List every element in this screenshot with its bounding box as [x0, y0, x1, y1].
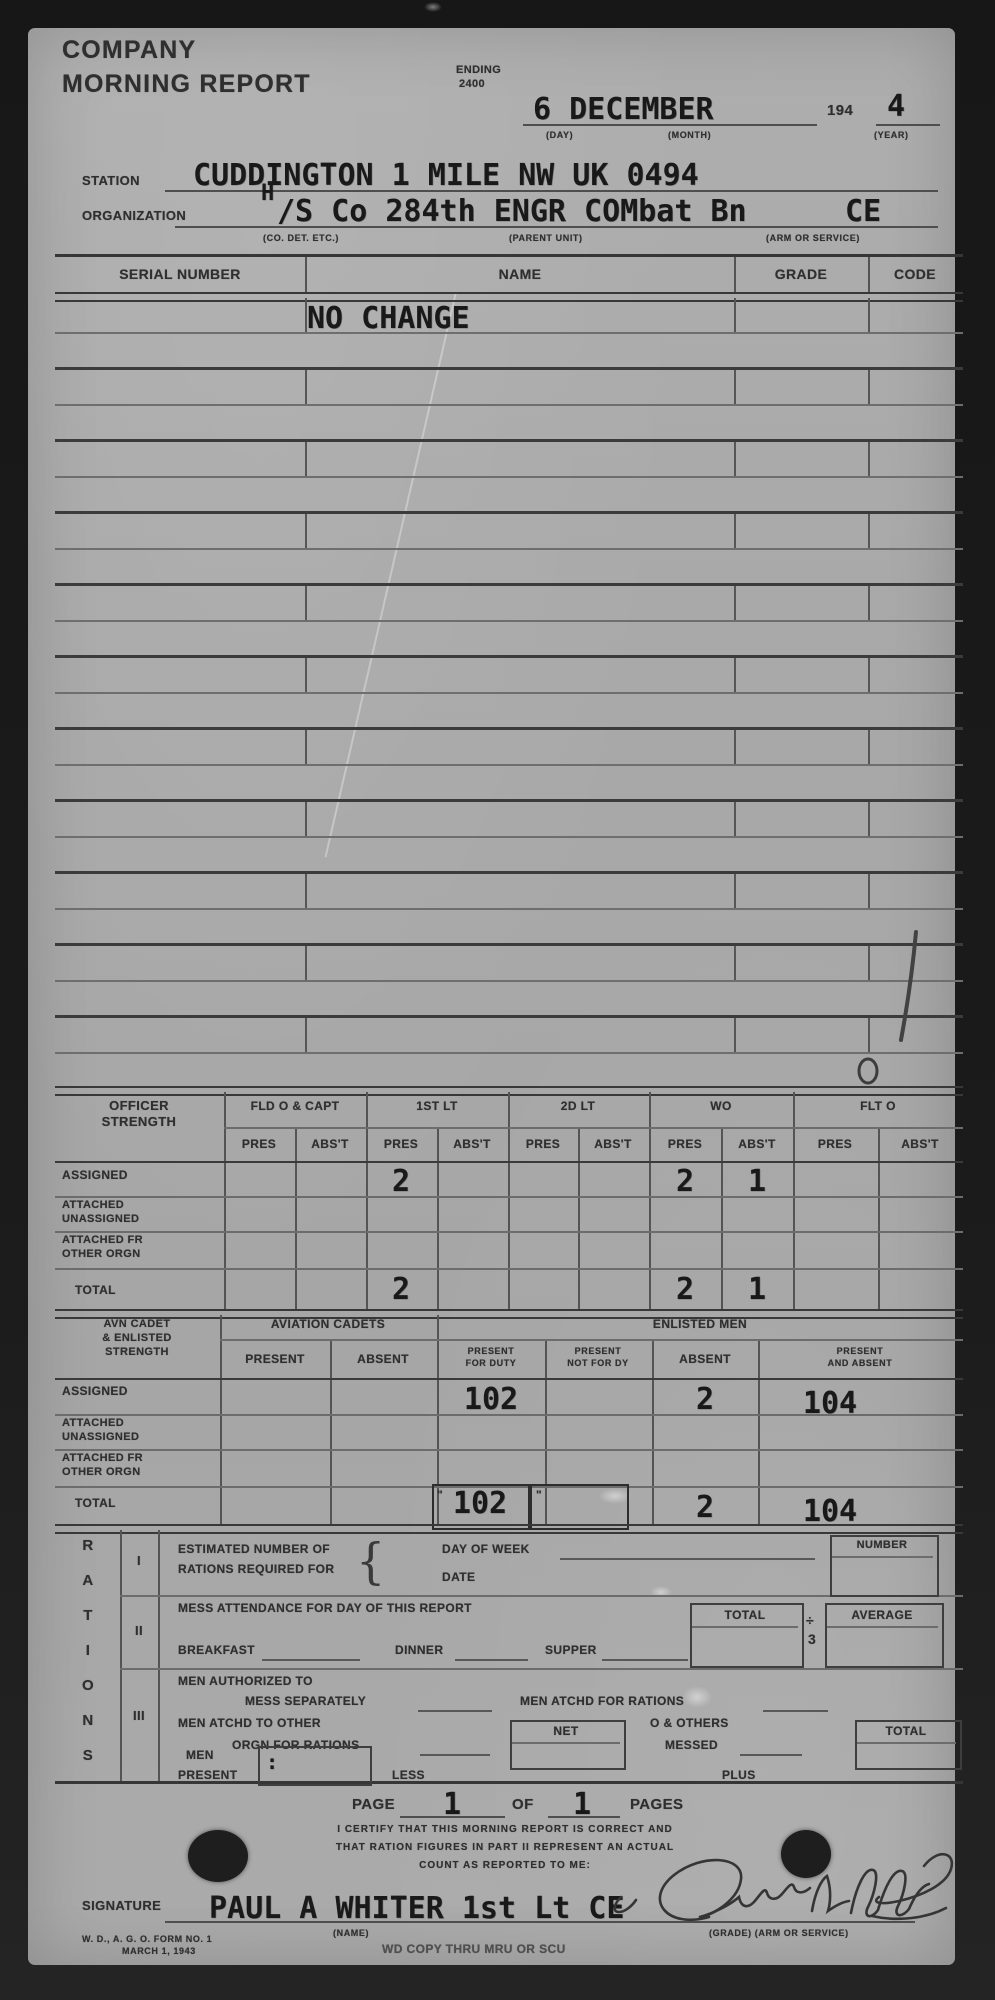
officer-row-label-total: TOTAL [75, 1283, 116, 1297]
enlisted-assigned-present-and-absent: 104 [803, 1386, 857, 1421]
messed-label: MESSED [665, 1738, 718, 1752]
rations-roman-col-divider [158, 1530, 160, 1781]
officer-col-divider [649, 1092, 651, 1311]
officer-total-wo-abst: 1 [748, 1272, 766, 1307]
enlisted-row-label-assigned: ASSIGNED [62, 1384, 128, 1398]
month-sublabel: (MONTH) [668, 130, 711, 140]
enlisted-assigned-absent: 2 [696, 1382, 714, 1417]
men-atchd-other-label: MEN ATCHD TO OTHER [178, 1716, 321, 1730]
enlisted-subcol-divider [758, 1341, 760, 1524]
rations-row-rule [120, 1668, 963, 1670]
date-field-value: 6 DECEMBER [533, 92, 714, 127]
breakfast-label: BREAKFAST [178, 1643, 255, 1657]
roster-top-rule [55, 254, 963, 257]
men-atchd-for-rations-label: MEN ATCHD FOR RATIONS [520, 1694, 684, 1708]
year-sublabel: (YEAR) [874, 130, 909, 140]
officer-col-divider [793, 1092, 795, 1311]
rations-letter: T [83, 1607, 93, 1624]
roster-header-divider [734, 257, 736, 293]
men-label: MEN [186, 1748, 214, 1762]
roster-header-name: NAME [499, 266, 542, 282]
day-sublabel: (DAY) [546, 130, 573, 140]
roster-grid [55, 298, 963, 1086]
rations-estimated-line2: RATIONS REQUIRED FOR [178, 1562, 334, 1576]
year-prefix: 194 [827, 102, 853, 119]
enlisted-total-absent: 2 [696, 1490, 714, 1525]
officer-group-1st-lt: 1ST LT [416, 1099, 458, 1113]
net-rule [512, 1742, 620, 1744]
men-atchd-blank [763, 1710, 828, 1712]
officer-strength-label-line2: STRENGTH [102, 1114, 177, 1129]
organization-field-value: /S Co 284th ENGR COMbat Bn [277, 194, 747, 229]
officer-row-label-unassigned: UNASSIGNED [62, 1213, 139, 1225]
enlisted-subheader-rule [55, 1378, 963, 1380]
enlisted-subcol-divider [652, 1341, 654, 1524]
officer-subheader-pres: PRES [242, 1137, 276, 1151]
officer-total-1lt-pres: 2 [392, 1272, 410, 1307]
enlisted-men-group-label: ENLISTED MEN [653, 1317, 747, 1331]
enlisted-assigned-present-for-duty: 102 [464, 1382, 518, 1417]
officer-group-fldo-capt: FLD O & CAPT [251, 1099, 340, 1113]
present-label: PRESENT [178, 1768, 237, 1782]
year-field-value: 4 [887, 89, 905, 124]
day-of-week-label: DAY OF WEEK [442, 1542, 530, 1556]
grade-arm-sublabel: (GRADE) (ARM OR SERVICE) [709, 1928, 849, 1938]
rations-total-label: TOTAL [886, 1724, 927, 1738]
form-date: MARCH 1, 1943 [122, 1946, 196, 1956]
certify-line1: I CERTIFY THAT THIS MORNING REPORT IS CO… [337, 1824, 672, 1835]
arm-service-sublabel: (ARM OR SERVICE) [766, 233, 860, 243]
enlisted-row-label-attached-fr: ATTACHED FR [62, 1452, 143, 1464]
officer-subcol-divider [578, 1129, 580, 1311]
officer-subheader-pres: PRES [818, 1137, 852, 1151]
number-box-label: NUMBER [857, 1539, 908, 1551]
officer-subheader-abst: ABS'T [594, 1137, 632, 1151]
punch-hole-left [188, 1830, 248, 1882]
officer-subcol-divider [878, 1129, 880, 1311]
officer-row-label-attached-fr: ATTACHED FR [62, 1234, 143, 1246]
col-present-not-for-dy-l2: NOT FOR DY [567, 1358, 629, 1368]
officer-subcol-divider [295, 1129, 297, 1311]
col-absent: ABSENT [679, 1352, 731, 1366]
pages-label: PAGES [630, 1796, 683, 1813]
divide-sign: ÷ [806, 1612, 814, 1628]
mess-separately-label: MESS SEPARATELY [245, 1694, 366, 1708]
officer-subheader-abst: ABS'T [311, 1137, 349, 1151]
certify-line2: THAT RATION FIGURES IN PART II REPRESENT… [336, 1842, 674, 1853]
roster-header-divider [305, 257, 307, 293]
rations-roman-iii: III [133, 1708, 145, 1723]
certify-line3: COUNT AS REPORTED TO ME: [419, 1860, 591, 1871]
signature-label: SIGNATURE [82, 1898, 161, 1913]
number-box-rule [832, 1556, 933, 1558]
enlisted-row-label-other-orgn: OTHER ORGN [62, 1466, 141, 1478]
dinner-label: DINNER [395, 1643, 443, 1657]
ditto-mark: " [536, 1488, 542, 1502]
officer-assigned-wo-pres: 2 [676, 1164, 694, 1199]
officer-row-rule [55, 1231, 963, 1233]
officer-subheader-pres: PRES [668, 1137, 702, 1151]
col-present-and-absent-l1: PRESENT [837, 1346, 884, 1356]
col-present-for-duty-l1: PRESENT [468, 1346, 515, 1356]
enlisted-row-label-unassigned: UNASSIGNED [62, 1431, 139, 1443]
rations-letter: A [82, 1572, 93, 1589]
punch-hole-right [781, 1830, 831, 1878]
date-label: DATE [442, 1570, 475, 1584]
officer-strength-label-line1: OFFICER [109, 1098, 169, 1113]
messed-blank [740, 1754, 802, 1756]
date-underline [523, 124, 817, 126]
roster-header-grade: GRADE [775, 266, 828, 282]
officer-assigned-1lt-pres: 2 [392, 1164, 410, 1199]
officer-col-divider [508, 1092, 510, 1311]
enlisted-strength-label-line3: STRENGTH [105, 1346, 169, 1358]
rations-roman-i: I [137, 1553, 141, 1568]
rations-estimated-line1: ESTIMATED NUMBER OF [178, 1542, 330, 1556]
rations-letter: N [82, 1712, 93, 1729]
form-title-line2: MORNING REPORT [62, 70, 311, 99]
rations-letter: R [82, 1537, 93, 1554]
day-of-week-blank [560, 1558, 815, 1560]
officer-col-divider [366, 1092, 368, 1311]
rations-roman-ii: II [135, 1623, 143, 1638]
parent-unit-sublabel: (PARENT UNIT) [509, 233, 583, 243]
scan-blot [682, 1686, 712, 1708]
officer-group-2d-lt: 2D LT [561, 1099, 595, 1113]
form-number: W. D., A. G. O. FORM NO. 1 [82, 1934, 212, 1944]
aviation-cadets-group-label: AVIATION CADETS [271, 1317, 385, 1331]
net-label: NET [553, 1724, 578, 1738]
officer-subheader-rule [55, 1161, 963, 1163]
divide-by-three: 3 [808, 1631, 816, 1647]
officer-row-label-assigned: ASSIGNED [62, 1168, 128, 1182]
wd-copy-note: WD COPY THRU MRU OR SCU [382, 1942, 566, 1956]
page-number-value: 1 [443, 1787, 461, 1822]
station-label: STATION [82, 173, 140, 188]
officer-subheader-abst: ABS'T [738, 1137, 776, 1151]
brace-glyph: { [356, 1533, 385, 1590]
officer-group-wo: WO [710, 1099, 731, 1113]
rations-letter: I [86, 1642, 91, 1659]
officer-assigned-wo-abst: 1 [748, 1164, 766, 1199]
signature-underline [165, 1921, 915, 1923]
enlisted-row-label-attached: ATTACHED [62, 1417, 124, 1429]
co-det-sublabel: (CO. DET. ETC.) [263, 233, 339, 243]
col-present-not-for-dy-l1: PRESENT [575, 1346, 622, 1356]
roster-header-divider [868, 257, 870, 293]
arm-service-value: CE [845, 194, 881, 229]
station-underline [165, 190, 938, 192]
ending-time: 2400 [459, 78, 485, 90]
scan-speck [424, 2, 442, 12]
plus-label: PLUS [722, 1768, 756, 1782]
officer-subheader-pres: PRES [526, 1137, 560, 1151]
ending-label: ENDING [456, 64, 501, 76]
officer-group-flt-o: FLT O [860, 1099, 896, 1113]
roster-header-serial: SERIAL NUMBER [119, 266, 241, 282]
breakfast-blank [262, 1659, 360, 1661]
rations-letter-col-divider [120, 1530, 122, 1781]
officer-total-wo-pres: 2 [676, 1272, 694, 1307]
organization-label: ORGANIZATION [82, 208, 186, 223]
officer-subheader-pres: PRES [384, 1137, 418, 1151]
average-rule [827, 1626, 938, 1628]
organization-underline [175, 226, 938, 228]
enlisted-strength-label-line1: AVN CADET [104, 1318, 171, 1330]
name-sublabel: (NAME) [333, 1928, 369, 1938]
rations-total-rule [857, 1742, 956, 1744]
mess-total-label: TOTAL [725, 1608, 766, 1622]
ditto-mark: " [437, 1488, 443, 1502]
year-underline [876, 124, 940, 126]
roster-header-code: CODE [894, 266, 936, 282]
mess-attendance-title: MESS ATTENDANCE FOR DAY OF THIS REPORT [178, 1601, 472, 1615]
officer-row-label-attached: ATTACHED [62, 1199, 124, 1211]
men-authorized-label: MEN AUTHORIZED TO [178, 1674, 313, 1688]
officer-row-label-other-orgn: OTHER ORGN [62, 1248, 141, 1260]
orgn-for-rations-blank [420, 1754, 490, 1756]
enlisted-group-rule [220, 1339, 963, 1341]
less-label: LESS [392, 1768, 425, 1782]
enlisted-table-top-rule [55, 1309, 963, 1319]
mess-separately-blank [418, 1710, 492, 1712]
col-av-absent: ABSENT [357, 1352, 409, 1366]
average-label: AVERAGE [851, 1608, 912, 1622]
enlisted-subcol-divider [330, 1341, 332, 1524]
rations-top-rule [55, 1524, 963, 1534]
roster-entry-value: NO CHANGE [307, 301, 470, 336]
officer-group-rule [224, 1127, 963, 1129]
officer-subheader-abst: ABS'T [901, 1137, 939, 1151]
organization-superscript: H [261, 181, 274, 206]
col-av-present: PRESENT [245, 1352, 304, 1366]
pages-number-value: 1 [573, 1787, 591, 1822]
col-present-for-duty-l2: FOR DUTY [466, 1358, 517, 1368]
of-label: OF [512, 1796, 534, 1813]
rations-letter: O [82, 1677, 94, 1694]
supper-label: SUPPER [545, 1643, 597, 1657]
rations-letter: S [83, 1747, 93, 1764]
officer-subcol-divider [721, 1129, 723, 1311]
mess-total-rule [692, 1626, 798, 1628]
enlisted-row-label-total: TOTAL [75, 1496, 116, 1510]
officer-row-rule [55, 1268, 963, 1270]
page-label: PAGE [352, 1796, 395, 1813]
enlisted-col-divider [220, 1315, 222, 1524]
supper-blank [602, 1659, 688, 1661]
form-title-line1: COMPANY [62, 36, 196, 65]
officer-col-divider [224, 1092, 226, 1311]
enlisted-total-present-for-duty: 102 [453, 1486, 507, 1521]
dinner-blank [455, 1659, 528, 1661]
officer-subcol-divider [437, 1129, 439, 1311]
enlisted-strength-label-line2: & ENLISTED [102, 1332, 171, 1344]
o-and-others-label: O & OTHERS [650, 1716, 729, 1730]
typed-colon-mark: : [266, 1750, 278, 1774]
enlisted-row-rule [55, 1449, 963, 1451]
officer-subheader-abst: ABS'T [453, 1137, 491, 1151]
col-present-and-absent-l2: AND ABSENT [828, 1358, 893, 1368]
officer-row-rule [55, 1196, 963, 1198]
scanned-morning-report: COMPANY MORNING REPORT ENDING 2400 6 DEC… [0, 0, 995, 2000]
